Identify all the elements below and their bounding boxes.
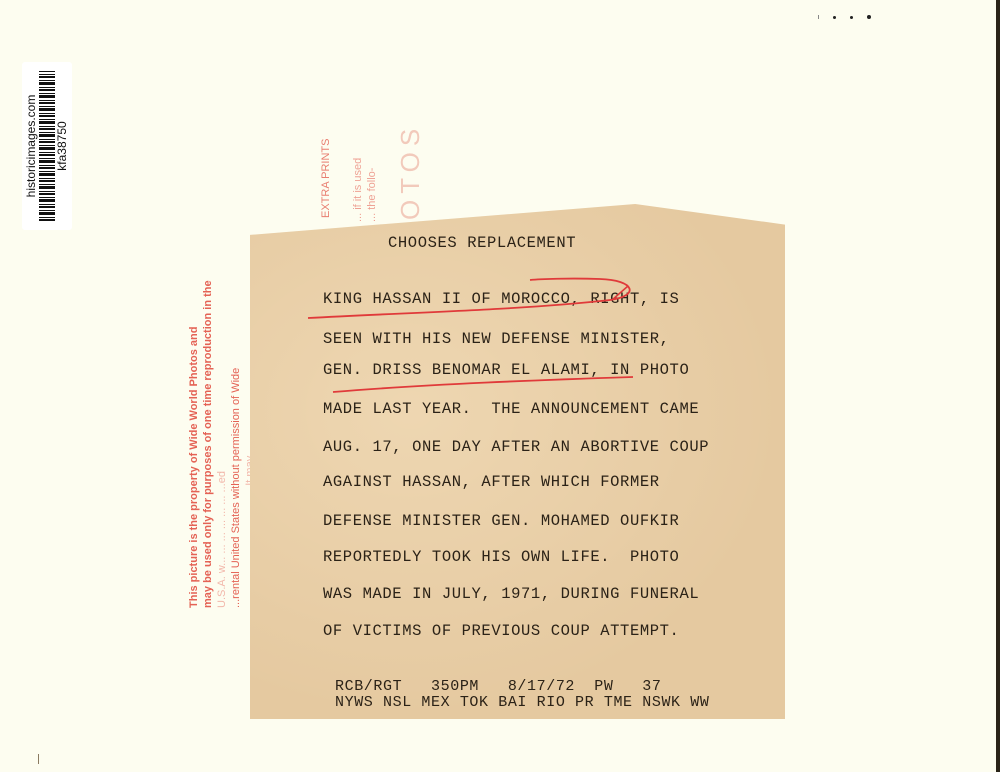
underline-minister [333, 377, 633, 392]
red-pen-underlines [0, 0, 1000, 772]
underline-king-hassan [308, 279, 630, 318]
